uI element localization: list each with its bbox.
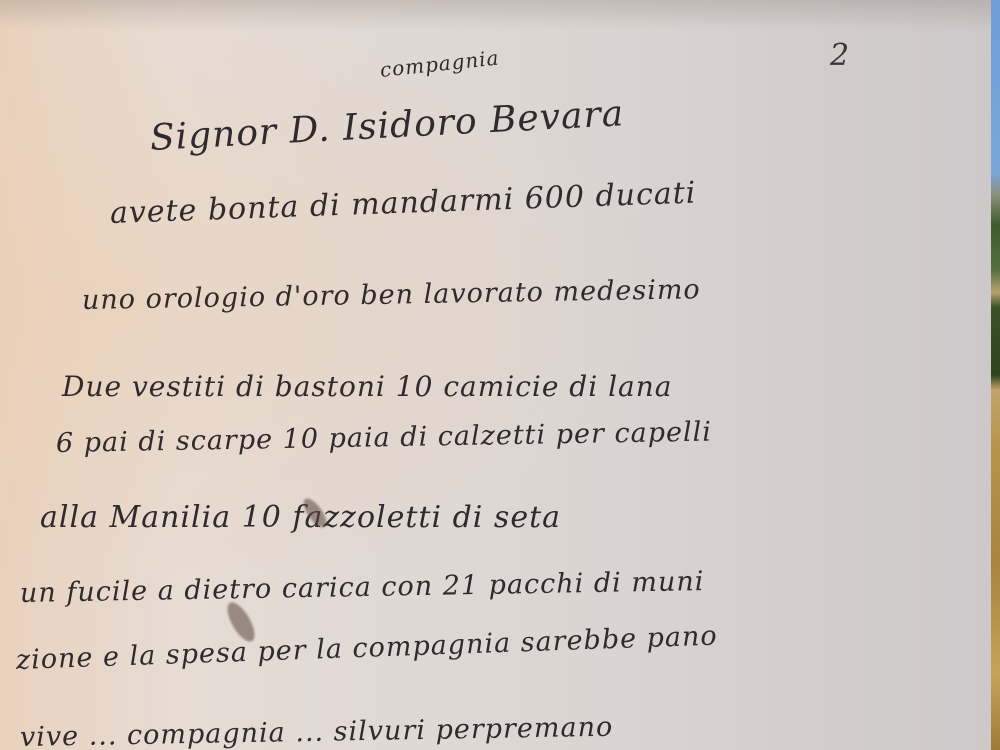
letter-line-1: avete bonta di mandarmi 600 ducati (109, 176, 697, 231)
heading-note: compagnia (379, 46, 501, 82)
letter-line-5: alla Manilia 10 fazzoletti di seta (40, 500, 561, 535)
letter-line-7: zione e la spesa per la compagnia sarebb… (15, 621, 718, 676)
letter-line-3: Due vestiti di bastoni 10 camicie di lan… (62, 370, 672, 403)
letter-line-2: uno orologio d'oro ben lavorato medesimo (82, 274, 701, 316)
letter-line-4: 6 pai di scarpe 10 paia di calzetti per … (56, 417, 712, 459)
page-number: 2 (830, 38, 849, 73)
background-landscape-strip (991, 0, 1000, 750)
salutation-line: Signor D. Isidoro Bevara (149, 93, 625, 159)
letter-line-8: vive ... compagnia ... silvuri perpreman… (20, 712, 614, 750)
handwritten-letter-page: 2 compagnia Signor D. Isidoro Bevara ave… (0, 0, 991, 750)
letter-line-6: un fucile a dietro carica con 21 pacchi … (20, 566, 705, 609)
